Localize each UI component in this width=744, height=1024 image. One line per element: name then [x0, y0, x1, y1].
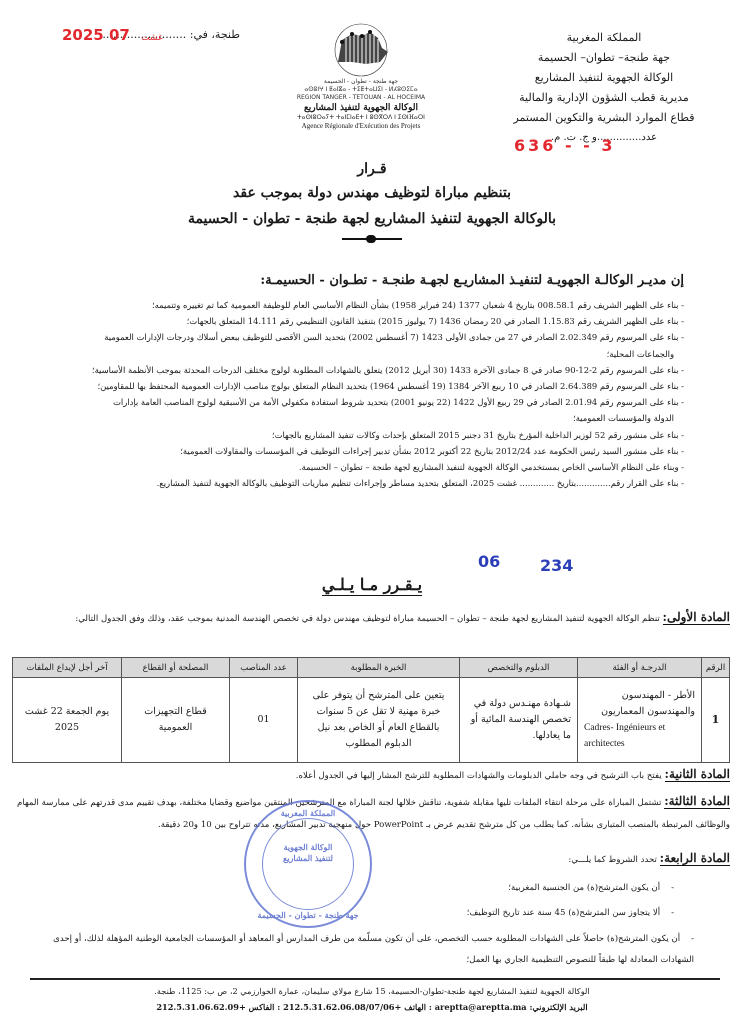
row-grade: الأطر - المهندسون والمهندسون المعماريون …: [578, 678, 702, 763]
letterhead: المملكة المغربية جهة طنجة– تطوان– الحسيم…: [504, 28, 704, 148]
col-experience: الخبرة المطلوبة: [298, 658, 460, 678]
date-stamp: 2025 غشت 07: [62, 26, 163, 44]
kingdom-name: المملكة المغربية: [504, 28, 704, 48]
consideration-item-continuation: الدولة والمؤسسات العمومية؛: [59, 410, 684, 426]
article-1: المادة الأولى: تنظم الوكالة الجهوية لتنف…: [10, 607, 730, 629]
decision-heading: قـرار: [0, 158, 744, 180]
consideration-item: - بناء على الظهير الشريف رقم 008.58.1 بت…: [59, 297, 684, 313]
title-line-1: بتنظيم مباراة لتوظيف مهندس دولة بموجب عق…: [0, 180, 744, 206]
decision-date-stamp: 234: [540, 556, 573, 575]
department-name: قطاع الموارد البشرية والتكوين المستمر: [504, 108, 704, 128]
condition-3: - أن يكون المترشح(ة) حاصلاً على الشهادات…: [34, 929, 694, 971]
footer-divider: [30, 978, 720, 980]
director-line: إن مديـر الوكالـة الجهويـة لتنفيـذ المشا…: [260, 273, 684, 288]
article-4-title: المادة الرابعة:: [660, 851, 730, 866]
row-experience: يتعين على المترشح أن يتوفر على خبرة مهني…: [298, 678, 460, 763]
consideration-item: - بناء على المرسوم رقم 2-12-90 صادر في 8…: [59, 362, 684, 378]
title-line-2: بالوكالة الجهوية لتنفيذ المشاريع لجهة طن…: [0, 206, 744, 232]
region-map-icon: [316, 22, 406, 78]
row-diploma: شـهادة مهنـدس دولة في تخصص الهندسة المائ…: [460, 678, 578, 763]
official-round-stamp: المملكة المغربية الوكالة الجهوية لتنفيذ …: [244, 800, 372, 928]
positions-table: الرقم الدرجـة أو الفئة الدبلوم والتخصص ا…: [12, 657, 730, 763]
consideration-item: - بناء على الظهير الشريف رقم 1.15.83 الص…: [59, 313, 684, 329]
consideration-item: - وبناء على النظام الأساسي الخاص بمستخدم…: [59, 459, 684, 475]
consideration-item: - بناء على القرار رقم.............بتاريخ…: [59, 475, 684, 491]
row-service: قطاع التجهيزات العمومية: [122, 678, 230, 763]
agency-logo: جهة طنجة - تطوان - الحسيمة ⴰⵙⵓⵏⵖ ⵏ ⵟⴰⵏⴵⴰ…: [296, 22, 426, 140]
row-positions: 01: [230, 678, 298, 763]
col-diploma: الدبلوم والتخصص: [460, 658, 578, 678]
col-service: المصلحة أو القطاع: [122, 658, 230, 678]
footer-contact: البريد الإلكتروني: areptta@areptta.ma : …: [0, 999, 744, 1015]
decision-number-stamp: 06: [478, 552, 500, 571]
table-header-row: الرقم الدرجـة أو الفئة الدبلوم والتخصص ا…: [13, 658, 730, 678]
col-deadline: آخر أجل لإيداع الملفات: [13, 658, 122, 678]
article-2-title: المادة الثانية:: [665, 767, 730, 782]
date-line: طنجة، في: ........................ 2025 …: [60, 28, 240, 41]
col-positions: عدد المناصب: [230, 658, 298, 678]
consideration-item-continuation: والجماعات المحلية؛: [59, 346, 684, 362]
ornament-divider: [342, 238, 402, 240]
article-3-title: المادة الثالثة:: [664, 794, 730, 809]
consideration-item: - بناء على منشور رقم 52 لوزير الداخلية ا…: [59, 427, 684, 443]
consideration-item: - بناء على المرسوم رقم 2.02.349 الصادر ف…: [59, 329, 684, 345]
article-1-text: تنظم الوكالة الجهوية لتنفيذ المشاريع لجه…: [75, 614, 659, 624]
col-grade: الدرجـة أو الفئة: [578, 658, 702, 678]
article-4-text: تحدد الشروط كما يلـــي:: [568, 855, 657, 865]
row-number: 1: [702, 678, 730, 763]
consideration-item: - بناء على المرسوم رقم 2.64.389 الصادر ف…: [59, 378, 684, 394]
article-1-title: المادة الأولى:: [663, 610, 730, 625]
document-title: قـرار بتنظيم مباراة لتوظيف مهندس دولة بم…: [0, 158, 744, 240]
consideration-item: - بناء على منشور السيد رئيس الحكومة عدد …: [59, 443, 684, 459]
article-2: المادة الثانية: يفتح باب الترشيح في وجه …: [10, 764, 730, 786]
consideration-item: - بناء على المرسوم رقم 2.01.94 الصادر في…: [59, 394, 684, 410]
decides-heading: يـقـرر مـا يـلـي: [0, 575, 744, 594]
reference-stamp: 636 - - 3: [514, 136, 616, 156]
table-row: 1 الأطر - المهندسون والمهندسون المعماريو…: [13, 678, 730, 763]
article-3-text: تشتمل المباراة على مرحلة انتقاء الملفات …: [17, 798, 730, 830]
directorate-name: مديرية قطب الشؤون الإدارية والمالية: [504, 88, 704, 108]
footer: الوكالة الجهوية لتنفيذ المشاريع لجهة طنج…: [0, 983, 744, 1015]
agency-name: الوكالة الجهوية لتنفيذ المشاريع: [504, 68, 704, 88]
col-number: الرقم: [702, 658, 730, 678]
considerations-list: - بناء على الظهير الشريف رقم 008.58.1 بت…: [59, 297, 684, 491]
row-deadline: يوم الجمعة 22 غشت 2025: [13, 678, 122, 763]
footer-address: الوكالة الجهوية لتنفيذ المشاريع لجهة طنج…: [0, 983, 744, 999]
region-name: جهة طنجة– تطوان– الحسيمة: [504, 48, 704, 68]
article-2-text: يفتح باب الترشيح في وجه حاملي الدبلومات …: [296, 771, 662, 781]
article-3: المادة الثالثة: تشتمل المباراة على مرحلة…: [10, 790, 730, 836]
